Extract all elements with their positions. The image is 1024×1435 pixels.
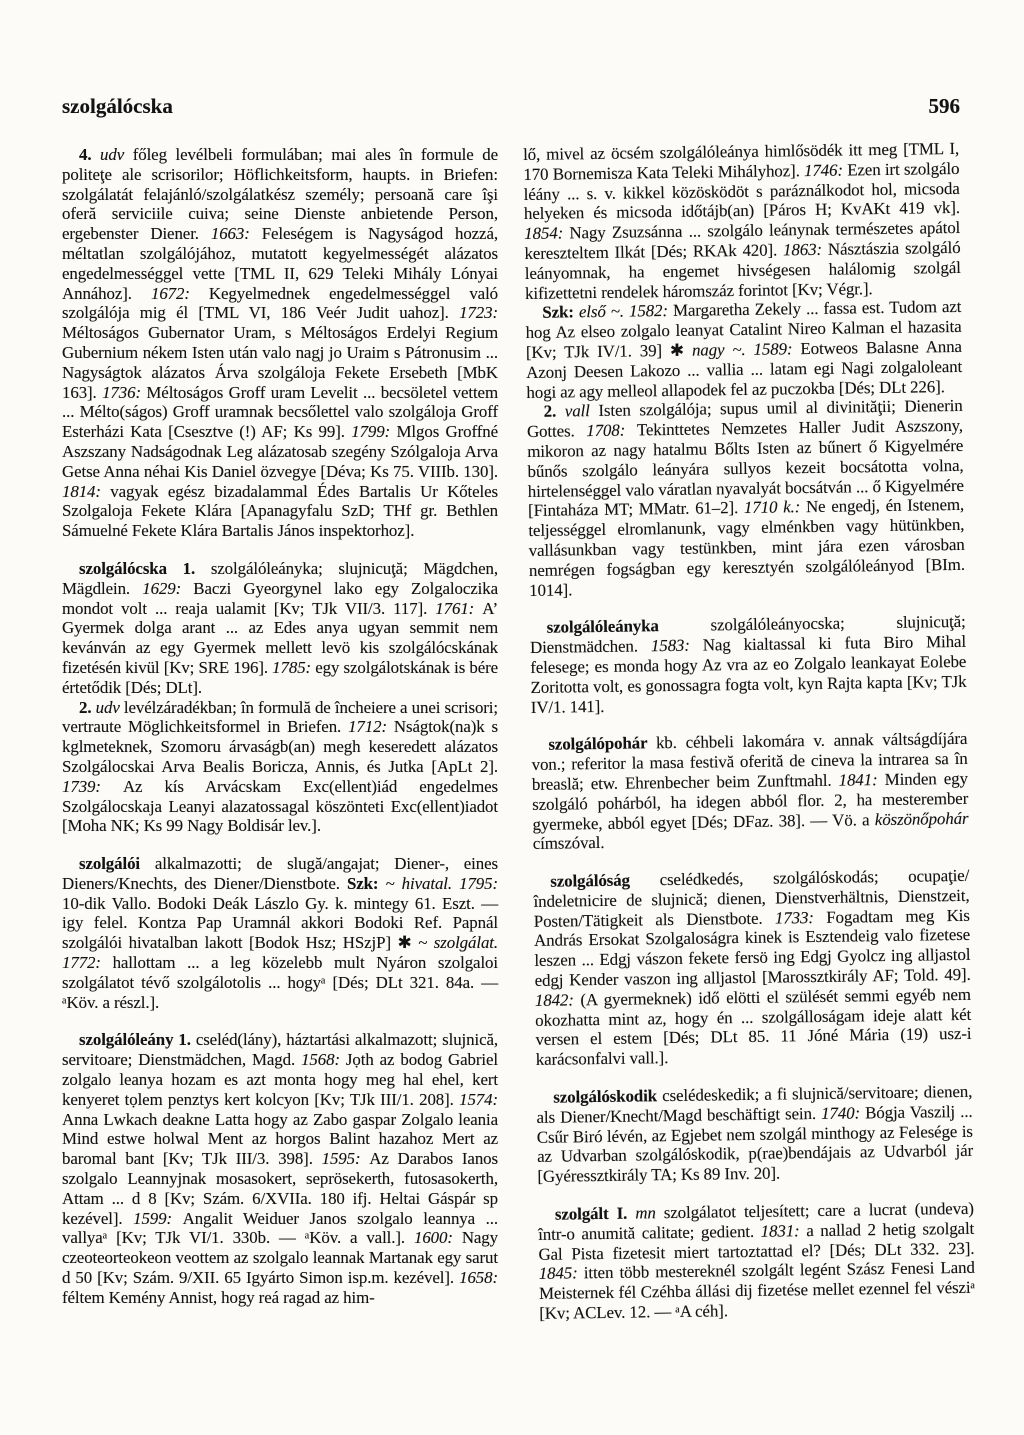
running-head-word: szolgálócska xyxy=(62,94,173,119)
headword-or-bold-run: szolgálópohár xyxy=(548,734,656,755)
italic-run: 1723: xyxy=(459,303,498,322)
italic-run: udv xyxy=(100,145,133,164)
entry-paragraph: 4. udv főleg levélbeli formulában; mai a… xyxy=(62,145,498,541)
italic-run: 1785: xyxy=(272,658,315,677)
column-right: lő, mivel az öcsém szolgálóleánya himlős… xyxy=(523,139,975,1324)
headword-or-bold-run: 4. xyxy=(79,145,100,164)
entry-paragraph: szolgálóskodik cselédeskedik; a fi slujn… xyxy=(536,1082,973,1187)
text-columns: 4. udv főleg levélbeli formulában; mai a… xyxy=(62,145,959,1324)
italic-run: 1663: xyxy=(211,224,262,243)
italic-run: 1739: xyxy=(62,777,123,796)
text-run: féltem Kemény Annist, hogy reá ragad az … xyxy=(62,1288,375,1307)
text-run: vagyak egész bizadalammal Édes Bartalis … xyxy=(62,482,498,541)
page-number: 596 xyxy=(929,94,961,119)
running-header: szolgálócska 596 xyxy=(62,94,960,119)
entry-paragraph: szolgálóleány 1. cseléd(lány), háztartás… xyxy=(62,1030,498,1307)
italic-run: 1672: xyxy=(151,284,209,303)
italic-run: 1629: xyxy=(142,579,193,598)
headword-or-bold-run: 2. xyxy=(79,698,96,717)
italic-run: 1568: xyxy=(301,1050,346,1069)
entry-paragraph: szolgált I. mn szolgálatot teljesített; … xyxy=(538,1199,976,1324)
italic-run: 1600: xyxy=(414,1228,462,1247)
entry-paragraph: szolgálópohár kb. céhbeli lakomára v. an… xyxy=(531,729,969,854)
italic-run: 1854: xyxy=(524,224,569,244)
italic-run: első ~. 1582: xyxy=(579,301,673,321)
text-run: Az kís Arvácskam Exc(ellent)iád engedelm… xyxy=(62,777,498,836)
italic-run: köszönőpohár xyxy=(875,808,969,828)
text-run: hallottam ... a leg közelebb mult Nyáron… xyxy=(62,953,498,1012)
italic-run: 1733: xyxy=(775,908,827,928)
entry-paragraph: szolgálói alkalmazotti; de slugă/angajat… xyxy=(62,854,498,1012)
italic-run: 1746: xyxy=(804,160,847,180)
entry-paragraph: szolgálóleányka szolgálóleányocska; sluj… xyxy=(530,612,967,717)
scanned-dictionary-page: szolgálócska 596 4. udv főleg levélbeli … xyxy=(0,0,1024,1435)
entry-paragraph: szolgálócska 1. szolgálóleányka; slujnic… xyxy=(62,559,498,698)
italic-run: ~ hivatal. 1795: xyxy=(386,874,498,893)
text-run: (A gyermeknek) idő elötti el szülését se… xyxy=(535,985,971,1069)
italic-run: 1799: xyxy=(351,422,396,441)
text-run: címszóval. xyxy=(533,833,605,853)
headword-or-bold-run: szolgált I. xyxy=(555,1204,636,1224)
headword-or-bold-run: szolgálóleány 1. xyxy=(79,1030,196,1049)
headword-or-bold-run: szolgálóskodik xyxy=(553,1086,662,1107)
italic-run: 1595: xyxy=(322,1149,370,1168)
headword-or-bold-run: szolgálóság xyxy=(550,870,660,891)
headword-or-bold-run: szolgálócska 1. xyxy=(79,559,211,578)
column-left: 4. udv főleg levélbeli formulában; mai a… xyxy=(62,145,498,1324)
italic-run: 1712: xyxy=(348,717,394,736)
italic-run: udv xyxy=(96,698,124,717)
entry-paragraph: lő, mivel az öcsém szolgálóleánya himlős… xyxy=(523,139,961,303)
italic-run: 1842: xyxy=(535,990,581,1010)
italic-run: 1658: xyxy=(459,1268,498,1287)
headword-or-bold-run: 2. xyxy=(544,402,565,421)
italic-run: 1708: xyxy=(586,421,637,441)
italic-run: vall xyxy=(565,401,599,420)
headword-or-bold-run: Szk: xyxy=(347,874,386,893)
italic-run: 1841: xyxy=(839,770,885,790)
entry-paragraph: 2. vall Isten szolgálója; supus umil al … xyxy=(527,396,966,600)
entry-paragraph: szolgálóság cselédkedés, szolgálóskodás;… xyxy=(533,866,972,1070)
italic-run: 1863: xyxy=(783,240,828,260)
italic-run: 1736: xyxy=(102,383,146,402)
italic-run: 1761: xyxy=(435,599,482,618)
italic-run: 1845: xyxy=(539,1264,584,1284)
italic-run: mn xyxy=(635,1203,664,1222)
entry-paragraph: 2. udv levélzáradékban; în formulă de în… xyxy=(62,698,498,837)
italic-run: 1599: xyxy=(133,1209,183,1228)
entry-paragraph: Szk: első ~. 1582: Margaretha Zekely ...… xyxy=(525,297,962,402)
headword-or-bold-run: szolgálóleányka xyxy=(547,616,711,637)
italic-run: 1814: xyxy=(62,482,110,501)
italic-run: 1831: xyxy=(761,1221,807,1241)
italic-run: 1574: xyxy=(459,1090,498,1109)
italic-run: 1583: xyxy=(651,636,703,656)
italic-run: nagy ~. 1589: xyxy=(692,339,801,360)
headword-or-bold-run: szolgálói xyxy=(79,854,155,873)
headword-or-bold-run: Szk: xyxy=(542,303,579,323)
text-run: itten több mestereknél szolgált legént S… xyxy=(539,1258,975,1323)
italic-run: 1710 k.: xyxy=(744,497,806,517)
italic-run: 1740: xyxy=(821,1103,865,1123)
